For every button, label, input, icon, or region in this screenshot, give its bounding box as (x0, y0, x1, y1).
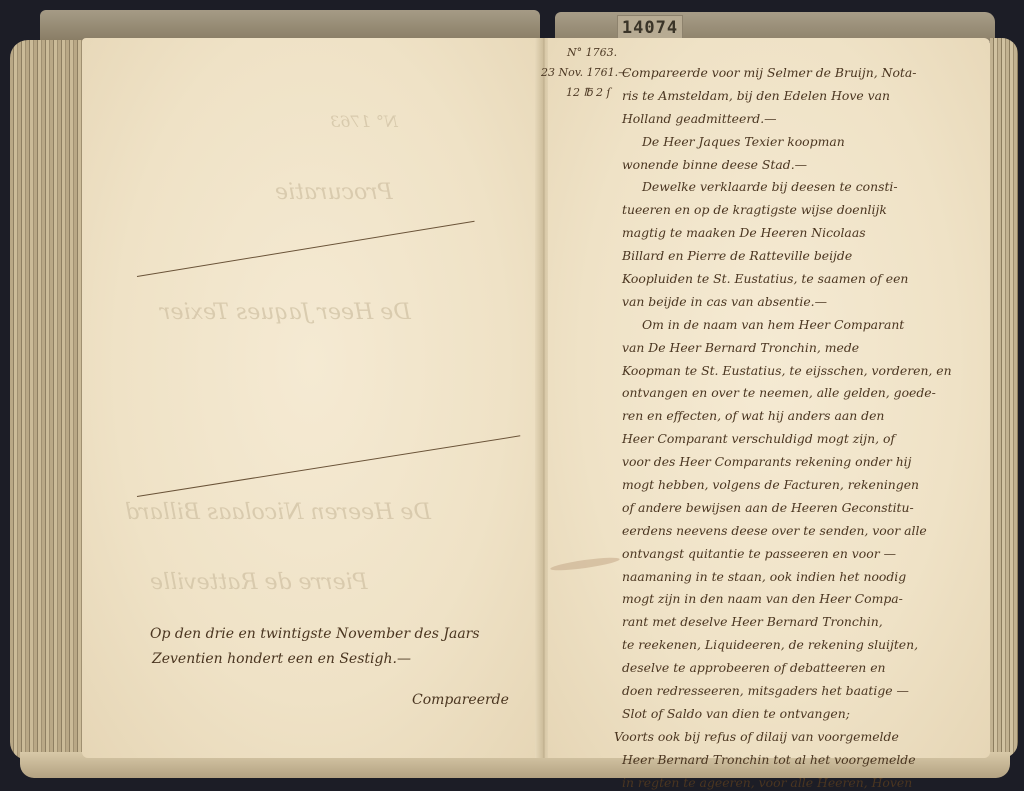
text-line: Op den drie en twintigste November des J… (150, 622, 550, 647)
page-block-right (990, 38, 1018, 758)
text-line: Billard en Pierre de Ratteville beijde (622, 245, 982, 268)
text-line: ontvangen en over te neemen, alle gelden… (622, 382, 982, 405)
text-line: ontvangst quitantie te passeeren en voor… (622, 543, 982, 566)
text-line: wonende binne deese Stad.— (622, 154, 982, 177)
open-book: 14074 N° 1763 Procuratie De Heer Jaques … (0, 0, 1024, 791)
text-line: ren en effecten, of wat hij anders aan d… (622, 405, 982, 428)
text-line: Om in de naam van hem Heer Comparant (622, 314, 982, 337)
text-line: eerdens neevens deese over te senden, vo… (622, 520, 982, 543)
bleed-through-text: N° 1763 (330, 112, 398, 131)
deed-text: Compareerde voor mij Selmer de Bruijn, N… (622, 62, 982, 791)
text-line: Heer Comparant verschuldigd mogt zijn, o… (622, 428, 982, 451)
text-line: De Heer Jaques Texier koopman (622, 131, 982, 154)
text-line: rant met deselve Heer Bernard Tronchin, (622, 611, 982, 634)
text-line: magtig te maaken De Heeren Nicolaas (622, 222, 982, 245)
text-line: mogt zijn in den naam van den Heer Compa… (622, 588, 982, 611)
act-fee: 12 ℔ 2 ſ (566, 86, 611, 99)
catchword: Compareerde (412, 692, 509, 708)
act-number: N° 1763. (567, 46, 617, 59)
text-line: doen redresseeren, mitsgaders het baatig… (622, 680, 982, 703)
bleed-through-text: Procuratie (275, 180, 393, 205)
text-line: Zeventien hondert een en Sestigh.— (150, 647, 550, 672)
text-line: of andere bewijsen aan de Heeren Geconst… (622, 497, 982, 520)
text-line: Holland geadmitteerd.— (622, 108, 982, 131)
text-line: van De Heer Bernard Tronchin, mede (622, 337, 982, 360)
bleed-through-text: De Heer Jaques Texier (160, 300, 411, 325)
text-line: Dewelke verklaarde bij deesen te consti- (622, 176, 982, 199)
act-date: 23 Nov. 1761.— (541, 66, 629, 79)
text-line: Compareerde voor mij Selmer de Bruijn, N… (622, 62, 982, 85)
text-line: ris te Amsteldam, bij den Edelen Hove va… (622, 85, 982, 108)
left-page-text: Op den drie en twintigste November des J… (150, 622, 550, 672)
text-line: in regten te ageeren, voor alle Heeren, … (622, 772, 982, 791)
text-line: te reekenen, Liquideeren, de rekening sl… (622, 634, 982, 657)
text-line: voor des Heer Comparants rekening onder … (622, 451, 982, 474)
text-line: deselve te approbeeren of debatteeren en (622, 657, 982, 680)
text-line: Heer Bernard Tronchin tot al het voorgem… (622, 749, 982, 772)
text-line: van beijde in cas van absentie.— (622, 291, 982, 314)
text-line: Slot of Saldo van dien te ontvangen; (622, 703, 982, 726)
text-line: Voorts ook bij refus of dilaij van voorg… (614, 726, 982, 749)
page-block-left (10, 40, 90, 760)
top-edge-left (40, 10, 540, 40)
text-line: Koopluiden te St. Eustatius, te saamen o… (622, 268, 982, 291)
bleed-through-text: De Heeren Nicolaas Billard (125, 500, 431, 525)
text-line: naamaning in te staan, ook indien het no… (622, 566, 982, 589)
bleed-through-text: Pierre de Ratteville (150, 570, 367, 595)
text-line: mogt hebben, volgens de Facturen, rekeni… (622, 474, 982, 497)
text-line: Koopman te St. Eustatius, te eijsschen, … (622, 360, 982, 383)
text-line: tueeren en op de kragtigste wijse doenli… (622, 199, 982, 222)
